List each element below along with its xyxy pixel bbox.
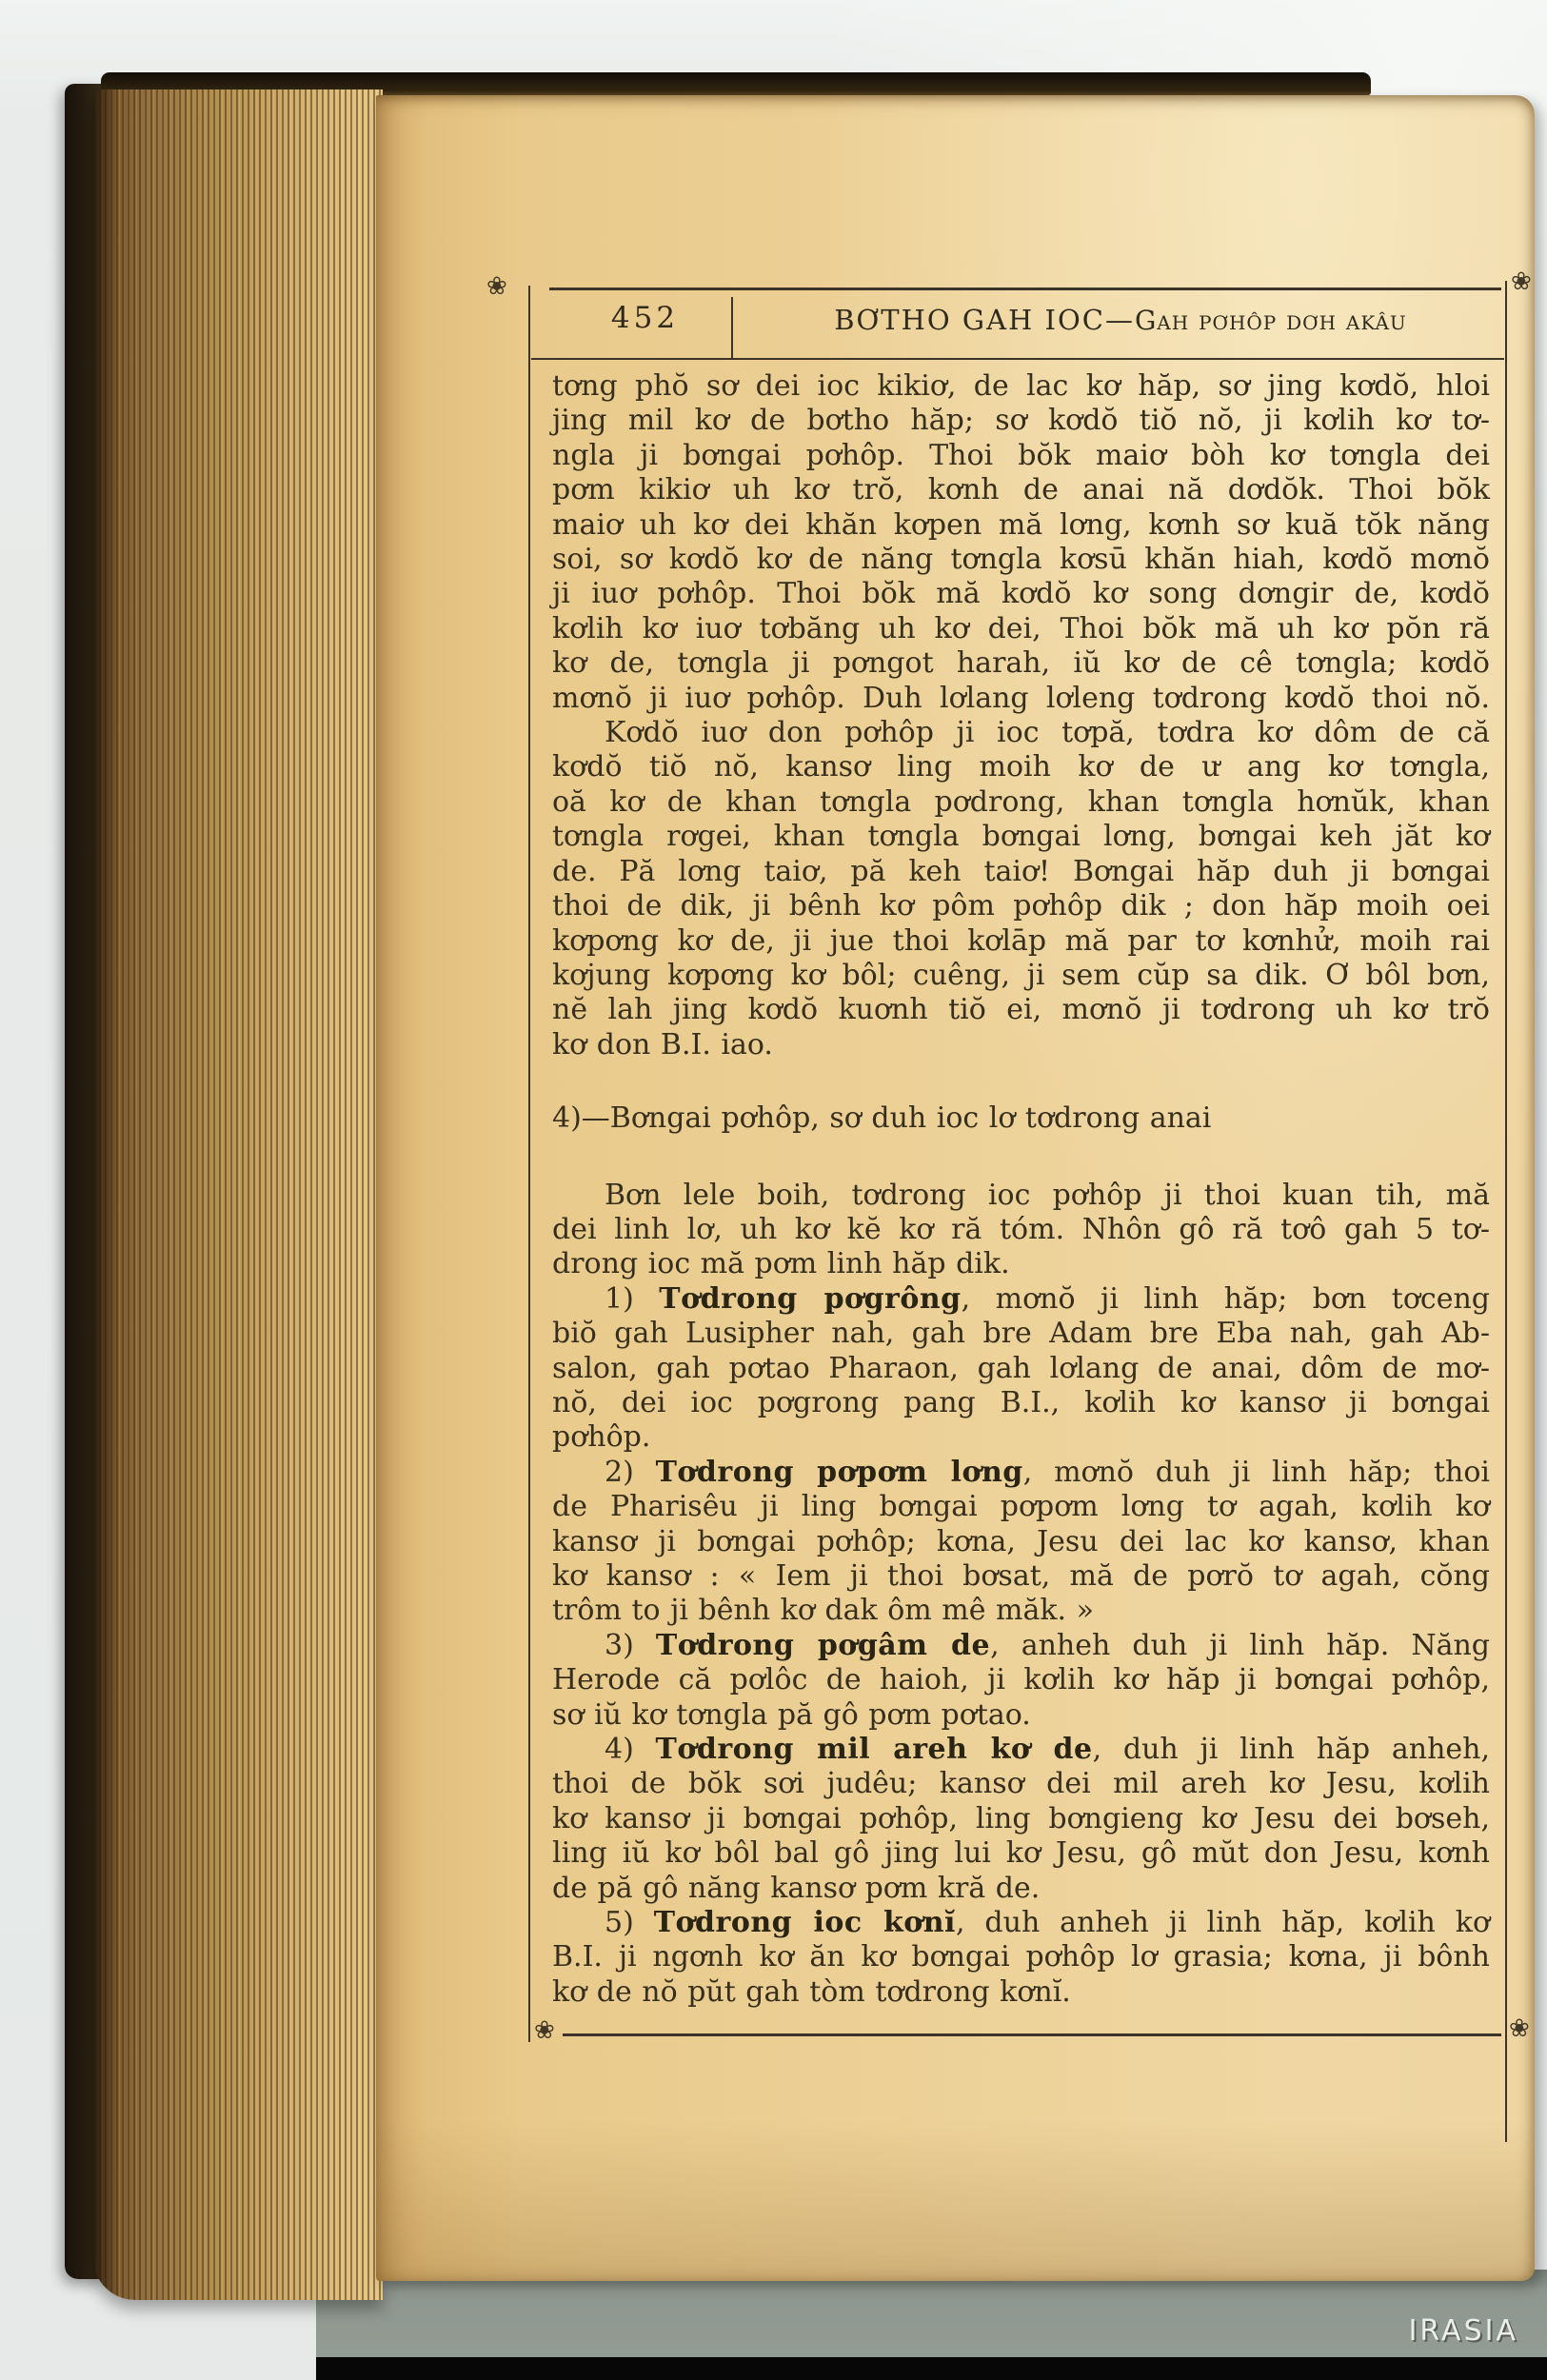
text-line: kơpơng kơ de, ji jue thoi kơlāp mă par t… [552,924,1490,959]
text-line: mơnŏ ji iuơ pơhôp. Duh lơlang lơleng tơd… [552,682,1490,716]
item-lead-bold: Tơdrong pơgrông [659,1282,961,1316]
scanner-bottom-black-bar [316,2357,1547,2380]
text-line: 3) Tơdrong pơgâm de, anheh duh ji linh h… [552,1629,1490,1663]
text-line: drong ioc mă pơm linh hăp dik. [552,1247,1490,1281]
text-line: jing mil kơ de bơtho hăp; sơ kơdŏ tiŏ nŏ… [552,404,1490,438]
floral-ornament-bottom-left: ❀ [534,2016,555,2045]
text-line: tơngla rơgei, khan tơngla bơngai lơng, b… [552,820,1490,854]
item-lead-bold: Tơdrong ioc kơnĭ [654,1906,956,1939]
page-number: 452 [571,301,719,335]
text-line: 2) Tơdrong pơpơm lơng, mơnŏ duh ji linh … [552,1456,1490,1490]
text-line: kơ don B.I. iao. [552,1028,1490,1062]
text-line: tơng phŏ sơ dei ioc kikiơ, de lac kơ hăp… [552,369,1490,404]
text-line: B.I. ji ngơnh kơ ăn kơ bơngai pơhôp lơ g… [552,1940,1490,1974]
text-line: thoi de bŏk sơi judêu; kansơ dei mil are… [552,1767,1490,1801]
scanner-bottom-band: IRASIA [316,2270,1547,2359]
frame-rule-top [549,288,1501,290]
text-line: nĕ lah jing kơdŏ kuơnh tiŏ ei, mơnŏ ji t… [552,993,1490,1027]
text-line: kơjung kơpơng kơ bôl; cuêng, ji sem cŭp … [552,959,1490,993]
frame-rule-left [528,286,530,2042]
text-line: kơ de nŏ pŭt gah tòm tơdrong kơnĭ. [552,1975,1490,2010]
text-line: ngla ji bơngai pơhôp. Thoi bŏk maiơ bòh … [552,439,1490,473]
text-line: thoi de dik, ji bênh kơ pôm pơhôp dik ; … [552,889,1490,923]
text-line: de Pharisêu ji ling bơngai pơpơm lơng tơ… [552,1490,1490,1524]
page-stack-fore-edge [93,89,383,2300]
body-text: tơng phŏ sơ dei ioc kikiơ, de lac kơ hăp… [552,369,1490,2010]
running-header-title: BƠTHO GAH IOC—Gah pơhôp dơh akâu [740,304,1501,336]
text-line: biŏ gah Lusipher nah, gah bre Adam bre E… [552,1317,1490,1351]
frame-rule-under-header [531,358,1504,360]
scanned-book-page: IRASIA ❀ ❀ ❀ ❀ 452 BƠTHO GAH IOC—Gah pơh… [0,0,1547,2380]
text-line: maiơ uh kơ dei khăn kơpen mă lơng, kơnh … [552,508,1490,543]
text-line: salon, gah pơtao Pharaon, gah lơlang de … [552,1352,1490,1386]
text-line: pơhôp. [552,1420,1490,1455]
text-line: sơ iŭ kơ tơngla pă gô pơm pơtao. [552,1698,1490,1733]
text-line: kơlih kơ iuơ tơbăng uh kơ dei, Thoi bŏk … [552,612,1490,646]
text-line: Bơn lele boih, tơdrong ioc pơhôp ji thoi… [552,1179,1490,1213]
text-line: Herode că pơlôc de haioh, ji kơlih kơ hă… [552,1663,1490,1697]
item-lead-bold: Tơdrong pơgâm de [656,1629,990,1662]
text-line: kơdŏ tiŏ nŏ, kansơ ling moih kơ de ư ang… [552,750,1490,784]
text-line: kansơ ji bơngai pơhôp; kơna, Jesu dei la… [552,1525,1490,1559]
frame-rule-right [1505,281,1507,2142]
running-header-main: BƠTHO GAH IOC [834,304,1105,336]
text-line: 1) Tơdrong pơgrông, mơnŏ ji linh hăp; bơ… [552,1282,1490,1317]
text-line: soi, sơ kơdŏ kơ de năng tơngla kơsū khăn… [552,543,1490,577]
section-heading: 4)—Bơngai pơhôp, sơ duh ioc lơ tơdrong a… [552,1101,1490,1136]
item-lead-bold: Tơdrong mil areh kơ de [656,1733,1093,1766]
text-line: nŏ, dei ioc pơgrong pang B.I., kơlih kơ … [552,1386,1490,1420]
text-line: kơ de, tơngla ji pơngot harah, iŭ kơ de … [552,646,1490,681]
item-lead-bold: Tơdrong pơpơm lơng [656,1456,1023,1489]
text-line: dei linh lơ, uh kơ kĕ kơ ră tóm. Nhôn gô… [552,1213,1490,1247]
text-line: kơ kansơ ji bơngai pơhôp, ling bơngieng … [552,1802,1490,1836]
floral-ornament-bottom-right: ❀ [1509,2014,1530,2043]
header-divider-rule [731,297,733,358]
text-line: Kơdŏ iuơ don pơhôp ji ioc tơpă, tơdra kơ… [552,716,1490,750]
irasia-watermark: IRASIA [1409,2314,1518,2348]
running-header-sub: Gah pơhôp dơh akâu [1135,305,1407,336]
running-header-dash: — [1105,304,1135,336]
text-line: 4) Tơdrong mil areh kơ de, duh ji linh h… [552,1733,1490,1767]
book-page: ❀ ❀ ❀ ❀ 452 BƠTHO GAH IOC—Gah pơhôp dơh … [376,95,1535,2281]
text-line: 5) Tơdrong ioc kơnĭ, duh anheh ji linh h… [552,1906,1490,1940]
floral-ornament-top-right: ❀ [1511,268,1532,296]
frame-rule-bottom [563,2033,1501,2036]
text-line: de. Pă lơng taiơ, pă keh taiơ! Bơngai hă… [552,855,1490,889]
text-line: pơm kikiơ uh kơ trŏ, kơnh de anai nă dơd… [552,473,1490,507]
text-line: de pă gô năng kansơ pơm kră de. [552,1872,1490,1906]
text-line: ling iŭ kơ bôl bal gô jing lui kơ Jesu, … [552,1836,1490,1871]
text-line: oă kơ de khan tơngla pơdrong, khan tơngl… [552,785,1490,820]
text-line: kơ kansơ : « Iem ji thoi bơsat, mă de pơ… [552,1559,1490,1594]
text-line: trôm to ji bênh kơ dak ôm mê măk. » [552,1594,1490,1628]
text-line: ji iuơ pơhôp. Thoi bŏk mă kơdŏ kơ song d… [552,577,1490,611]
floral-ornament-top-left: ❀ [486,272,507,301]
